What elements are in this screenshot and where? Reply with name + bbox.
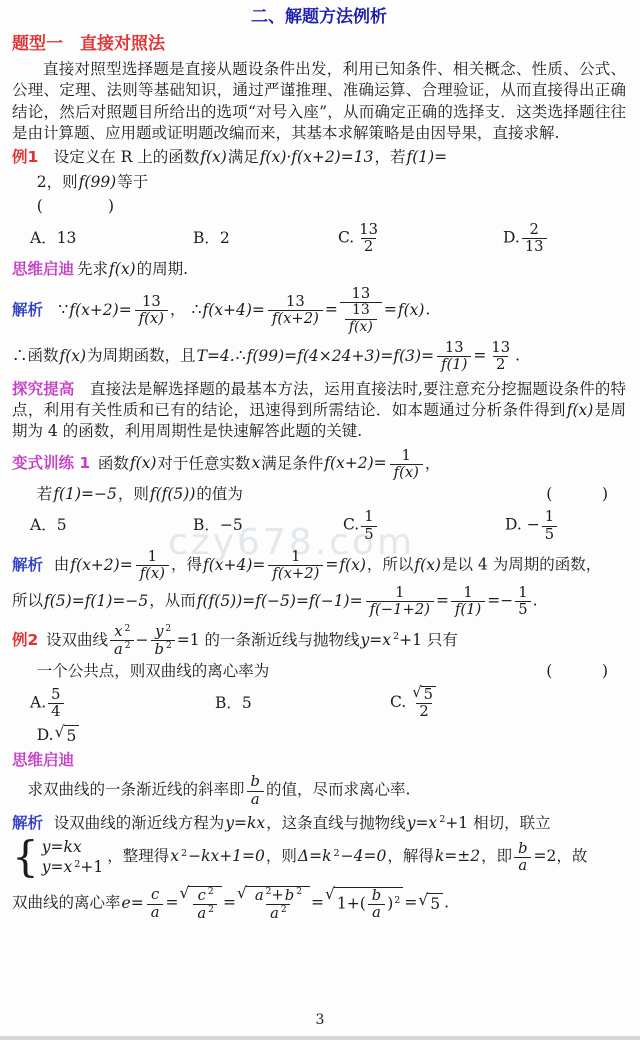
option-B: B．5 bbox=[215, 693, 390, 714]
math-expression: f(x+4)= bbox=[202, 301, 266, 319]
text: 设定义在 R 上的函数 bbox=[54, 148, 200, 166]
math-expression: a bbox=[113, 641, 124, 658]
fraction: 54 bbox=[48, 687, 63, 720]
document-body: 二、解题方法例析题型一 直接对照法直接对照型选择题是直接从题设条件出发，利用已知… bbox=[0, 0, 640, 922]
example1-stem: 例1设定义在 R 上的函数f(x)满足f(x)·f(x+2)=13，若f(1)= bbox=[12, 147, 626, 168]
text: ) bbox=[602, 662, 608, 680]
numerator: x2 bbox=[110, 624, 133, 641]
superscript: 2 bbox=[165, 624, 171, 634]
denominator: f(1) bbox=[451, 601, 485, 618]
example1-stem2: 2，则f(99)等于 bbox=[12, 172, 626, 193]
denominator: 2 bbox=[416, 703, 431, 720]
text: A. bbox=[30, 693, 46, 711]
answer-blank: () bbox=[546, 484, 608, 505]
text: 若 bbox=[37, 485, 53, 503]
numerator: 13 bbox=[488, 340, 513, 356]
text: ∴函数 bbox=[12, 347, 59, 365]
fraction: a2+b2a2 bbox=[251, 887, 305, 921]
text: 2 bbox=[529, 221, 538, 238]
numerator: 5 bbox=[48, 687, 63, 703]
radicand: 1+(ba)2 bbox=[334, 887, 404, 921]
numerator: b bbox=[514, 841, 531, 857]
fraction: 13f(x) bbox=[345, 303, 377, 335]
text: B．−5 bbox=[193, 516, 243, 534]
denominator: 13 bbox=[522, 238, 547, 255]
text: +1 相切，联立 bbox=[445, 814, 550, 832]
radicand: 5 bbox=[64, 725, 80, 747]
text: ，若 bbox=[374, 148, 405, 166]
denominator: f(x) bbox=[345, 319, 377, 335]
intro-paragraph: 直接对照型选择题是直接从题设条件出发，利用已知条件、相关概念、性质、公式、公理、… bbox=[12, 59, 626, 145]
math-expression: f(99) bbox=[78, 173, 118, 191]
numerator: 13 bbox=[348, 286, 373, 302]
text: 设双曲线 bbox=[46, 631, 108, 649]
text: 直接对照型选择题是直接从题设条件出发，利用已知条件、相关概念、性质、公式、公理、… bbox=[12, 60, 626, 142]
jiexi1-line2: ∴函数f(x)为周期函数，且T=4.∴f(99)=f(4×24+3)=f(3)=… bbox=[12, 340, 626, 373]
denominator: a bbox=[247, 791, 264, 808]
siwei2-text: 求双曲线的一条渐近线的斜率即ba的值，尽而求离心率. bbox=[12, 774, 626, 807]
denominator: 4 bbox=[48, 703, 63, 720]
math-expression: y=x bbox=[41, 858, 74, 876]
math-expression: f(x) bbox=[393, 464, 420, 481]
option-B: B．2 bbox=[193, 228, 338, 249]
denominator: 5 bbox=[361, 526, 376, 543]
bianshi1-stem: 变式训练 1函数f(x)对于任意实数x满足条件f(x+2)=1f(x)， bbox=[12, 448, 626, 481]
superscript: 2 bbox=[334, 848, 340, 859]
text: ，得 bbox=[171, 556, 202, 574]
math-expression: f(x) bbox=[397, 301, 426, 319]
text: 题型一 直接对照法 bbox=[12, 34, 165, 54]
text: =1 的一条渐近线与抛物线 bbox=[177, 631, 360, 649]
fraction: ba bbox=[247, 774, 264, 807]
text: 所以 bbox=[12, 592, 43, 610]
denominator: f(x) bbox=[390, 464, 423, 481]
text: ，则 bbox=[118, 485, 149, 503]
label-red: 例1 bbox=[12, 148, 38, 166]
text: 函数 bbox=[98, 454, 129, 472]
doc-title: 二、解题方法例析 bbox=[12, 6, 626, 29]
example2-optionD: D.√5 bbox=[12, 725, 626, 747]
text: =2，故 bbox=[534, 847, 588, 865]
numerator: 13 bbox=[349, 303, 373, 318]
denominator: a2 bbox=[266, 904, 290, 922]
math-expression: f(x)·f(x+2)=13 bbox=[259, 148, 375, 166]
text: 双曲线的离心率 bbox=[12, 894, 121, 912]
denominator: a bbox=[147, 904, 164, 921]
text: 是以 4 为周期的函数， bbox=[442, 556, 601, 574]
text: 直接法是解选择题的最基本方法，运用直接法时,要注意充分挖掘题设条件的特点，利用有… bbox=[12, 380, 626, 419]
text: ) bbox=[108, 197, 114, 215]
math-expression: f(x+4)= bbox=[202, 556, 266, 574]
text: C. bbox=[343, 516, 359, 534]
text: ( bbox=[546, 485, 552, 503]
denominator: f(1) bbox=[437, 356, 471, 373]
math-expression: b bbox=[371, 887, 382, 904]
text: 5 bbox=[545, 526, 554, 543]
label-magenta: 探究提高 bbox=[12, 380, 74, 398]
numerator: 13 bbox=[442, 340, 467, 356]
text: 的周期. bbox=[137, 260, 188, 278]
text: ，所以 bbox=[367, 556, 414, 574]
text: 一个公共点，则双曲线的离心率为 bbox=[37, 662, 270, 680]
square-root: √5 bbox=[418, 893, 443, 915]
text: 13 bbox=[351, 285, 370, 302]
superscript: 2 bbox=[125, 641, 131, 651]
fraction: 1f(−1+2) bbox=[366, 585, 434, 618]
text: − bbox=[136, 631, 149, 649]
fraction: 15 bbox=[515, 585, 530, 618]
math-expression: c bbox=[197, 887, 207, 904]
text: = bbox=[436, 592, 449, 610]
text: 5 bbox=[430, 895, 440, 913]
text: 1 bbox=[148, 548, 157, 565]
text: ，即 bbox=[481, 847, 512, 865]
tanjiu-tigao: 探究提高直接法是解选择题的最基本方法，运用直接法时,要注意充分挖掘题设条件的特点… bbox=[12, 379, 626, 443]
label-magenta: 思维启迪 bbox=[12, 260, 74, 278]
text: ( bbox=[37, 197, 43, 215]
math-expression: a bbox=[269, 905, 280, 922]
denominator: a bbox=[514, 857, 531, 874]
fraction: 1f(x) bbox=[136, 549, 169, 582]
numerator: 1 bbox=[515, 585, 530, 601]
numerator: 1 bbox=[399, 448, 414, 464]
math-expression: y bbox=[154, 623, 164, 640]
math-expression: f(x+2)= bbox=[323, 454, 387, 472]
superscript: 2 bbox=[208, 887, 214, 897]
square-root: √1+(ba)2 bbox=[325, 887, 403, 921]
text: = bbox=[311, 894, 324, 912]
example1-answer-blank: () bbox=[12, 196, 626, 217]
math-expression: f(x) bbox=[59, 347, 88, 365]
text: 2，则 bbox=[37, 173, 78, 191]
numerator: a2+b2 bbox=[251, 887, 305, 904]
text: A．5 bbox=[30, 516, 67, 534]
superscript: 2 bbox=[208, 905, 214, 915]
numerator: c2 bbox=[194, 887, 217, 904]
siwei-qidi-1: 思维启迪先求f(x)的周期. bbox=[12, 259, 626, 280]
text: 1 bbox=[463, 584, 472, 601]
math-expression: f(x) bbox=[338, 556, 367, 574]
math-expression: f(x) bbox=[566, 401, 595, 419]
example2-options: A.54B．5C.√52 bbox=[12, 686, 626, 720]
fraction: 213 bbox=[522, 222, 547, 255]
text: ( bbox=[546, 662, 552, 680]
text: 1 bbox=[518, 584, 527, 601]
math-expression: y=kx bbox=[224, 814, 266, 832]
numerator: 13 bbox=[283, 294, 308, 310]
numerator: b bbox=[368, 888, 385, 904]
math-expression: b bbox=[250, 773, 261, 790]
math-expression: y=x bbox=[360, 631, 393, 649]
denominator: 5 bbox=[542, 526, 557, 543]
jiexi2-line2: 所以f(5)=f(1)=−5，从而f(f(5))=f(−5)=f(−1)=1f(… bbox=[12, 585, 626, 618]
math-expression: Δ=k bbox=[297, 847, 333, 865]
example2-stem: 例2设双曲线x2a2−y2b2=1 的一条渐近线与抛物线y=x2+1 只有 bbox=[12, 624, 626, 658]
text: 13 bbox=[352, 302, 370, 318]
numerator: 1 bbox=[288, 549, 303, 565]
math-expression: f(−1+2) bbox=[369, 601, 431, 618]
section-heading: 题型一 直接对照法 bbox=[12, 33, 626, 56]
option-A: A．5 bbox=[30, 515, 193, 536]
text: 设双曲线的渐近线方程为 bbox=[54, 814, 225, 832]
label-magenta: 思维启迪 bbox=[12, 751, 74, 769]
text: 2 bbox=[496, 356, 505, 373]
text: . bbox=[425, 301, 430, 319]
text: 13 bbox=[445, 339, 464, 356]
fraction: ca bbox=[147, 887, 164, 920]
math-expression: −4=0 bbox=[340, 847, 388, 865]
denominator: 5 bbox=[515, 601, 530, 618]
math-expression: a bbox=[254, 887, 265, 904]
equation-system: y=kxy=x2+1 bbox=[12, 837, 103, 877]
superscript: 2 bbox=[281, 905, 287, 915]
math-expression: x bbox=[113, 623, 123, 640]
label-magenta: 变式训练 1 bbox=[12, 454, 90, 472]
option-C: C.√52 bbox=[390, 686, 626, 720]
siwei-qidi-2: 思维启迪 bbox=[12, 750, 626, 771]
math-expression: b bbox=[517, 840, 528, 857]
text: ， bbox=[425, 454, 441, 472]
math-expression: f(f(5))=f(−5)=f(−1)= bbox=[196, 592, 364, 610]
text: =− bbox=[487, 592, 513, 610]
superscript: 2 bbox=[296, 887, 302, 897]
text: 1 bbox=[545, 508, 554, 525]
fraction: √52 bbox=[408, 686, 440, 720]
text: ) bbox=[602, 485, 608, 503]
text: ∴ bbox=[236, 347, 246, 365]
math-expression: f(99)=f(4×24+3)=f(3)= bbox=[246, 347, 435, 365]
text: ，整理得 bbox=[107, 847, 169, 865]
example1-options: A．13B．2C.132D.213 bbox=[12, 222, 626, 255]
text: ∴ bbox=[192, 301, 202, 319]
option-C: C.15 bbox=[343, 509, 505, 542]
answer-blank: () bbox=[546, 661, 608, 682]
math-expression: f(x) bbox=[199, 148, 228, 166]
fraction: ba bbox=[514, 841, 531, 874]
text: 1 bbox=[395, 584, 404, 601]
scan-edge-bar bbox=[0, 1036, 640, 1040]
label-blue: 解析 bbox=[12, 814, 43, 832]
option-C: C.132 bbox=[338, 222, 503, 255]
numerator: 2 bbox=[526, 222, 541, 238]
text: 13 bbox=[525, 238, 544, 255]
text: 等于 bbox=[117, 173, 148, 191]
text: 5 bbox=[424, 686, 433, 703]
numerator: y2 bbox=[151, 624, 174, 641]
fraction: 15 bbox=[542, 509, 557, 542]
fraction: 1f(1) bbox=[451, 585, 485, 618]
denominator: f(−1+2) bbox=[366, 601, 434, 618]
text: B．5 bbox=[215, 694, 252, 712]
radicand: 5 bbox=[421, 686, 436, 703]
text: 1 bbox=[402, 447, 411, 464]
fraction: 13f(x) bbox=[135, 294, 168, 327]
numerator: √5 bbox=[408, 686, 440, 703]
text: . bbox=[533, 592, 538, 610]
label-blue: 解析 bbox=[12, 556, 43, 574]
text: = bbox=[325, 301, 338, 319]
label-blue: 解析 bbox=[12, 301, 43, 319]
text: 1 bbox=[291, 548, 300, 565]
text: 13 bbox=[359, 221, 378, 238]
option-A: A．13 bbox=[30, 228, 193, 249]
numerator: 1 bbox=[392, 585, 407, 601]
fraction: 13f(1) bbox=[437, 340, 471, 373]
fraction: 15 bbox=[361, 509, 376, 542]
denominator: a bbox=[368, 904, 385, 921]
text: 对于任意实数 bbox=[157, 454, 250, 472]
numerator: 1 bbox=[361, 509, 376, 525]
math-expression: b bbox=[154, 641, 165, 658]
jiexi2-line1: 解析由f(x+2)=1f(x)，得f(x+4)=1f(x+2)=f(x)，所以f… bbox=[12, 549, 626, 582]
text: = bbox=[473, 347, 486, 365]
text: 满足条件 bbox=[261, 454, 323, 472]
text: 由 bbox=[54, 556, 70, 574]
text: C. bbox=[338, 228, 354, 246]
math-expression: f(x) bbox=[139, 565, 166, 582]
math-expression: f(5)=f(1)=−5 bbox=[43, 592, 149, 610]
text: 13 bbox=[491, 339, 510, 356]
text: + bbox=[271, 887, 283, 904]
text: D. bbox=[503, 228, 520, 246]
numerator: 1 bbox=[542, 509, 557, 525]
math-expression: f(1) bbox=[454, 601, 482, 618]
denominator: a2 bbox=[110, 640, 134, 658]
text: C. bbox=[390, 693, 406, 711]
math-expression: f(x) bbox=[108, 260, 137, 278]
text: 的值，尽而求离心率. bbox=[266, 781, 410, 799]
example2-stem2: ()一个公共点，则双曲线的离心率为 bbox=[12, 661, 626, 682]
label-red: 例2 bbox=[12, 631, 38, 649]
text: = bbox=[384, 301, 397, 319]
equation-rows: y=kxy=x2+1 bbox=[41, 837, 103, 877]
text: 2 bbox=[364, 238, 373, 255]
math-expression: a bbox=[196, 905, 207, 922]
text: 4 bbox=[51, 703, 60, 720]
math-expression: y=kx bbox=[41, 838, 83, 856]
document-page: { "page": { "watermark": "czy678.com", "… bbox=[0, 0, 640, 1040]
numerator: 1 bbox=[145, 549, 160, 565]
text: . bbox=[515, 347, 520, 365]
text: ，解得 bbox=[387, 847, 434, 865]
fraction: c2a2 bbox=[193, 887, 217, 921]
math-expression: f(x+2) bbox=[271, 310, 320, 327]
math-expression: f(x) bbox=[138, 310, 165, 327]
math-expression: x bbox=[250, 454, 261, 472]
text: 5 bbox=[364, 526, 373, 543]
text: 为周期函数，且 bbox=[87, 347, 196, 365]
jiexi3-line1: 解析设双曲线的渐近线方程为y=kx，这条直线与抛物线y=x2+1 相切，联立 bbox=[12, 813, 626, 834]
fraction: x2a2 bbox=[110, 624, 134, 658]
text: 13 bbox=[286, 293, 305, 310]
text: ∵ bbox=[58, 301, 68, 319]
radicand: c2a2 bbox=[188, 886, 222, 921]
fraction: 13f(x+2) bbox=[268, 294, 323, 327]
math-expression: k=±2 bbox=[434, 847, 481, 865]
math-expression: f(1)= bbox=[405, 148, 448, 166]
numerator: 1 bbox=[460, 585, 475, 601]
radicand: 5 bbox=[427, 893, 443, 915]
option-D: D. −15 bbox=[505, 509, 626, 542]
denominator: f(x+2) bbox=[268, 310, 323, 327]
jiexi3-line2: y=kxy=x2+1，整理得x2−kx+1=0，则Δ=k2−4=0，解得k=±2… bbox=[12, 837, 626, 877]
denominator: f(x+2) bbox=[268, 565, 323, 582]
text: ，则 bbox=[266, 847, 297, 865]
math-expression: f(x+2) bbox=[271, 565, 320, 582]
equation-row: y=kx bbox=[41, 837, 103, 857]
numerator: b bbox=[247, 774, 264, 790]
numerator: 13 bbox=[139, 294, 164, 310]
denominator: 13f(x) bbox=[340, 302, 382, 335]
superscript: 2 bbox=[166, 641, 172, 651]
text: 13 bbox=[142, 293, 161, 310]
text: +1 只有 bbox=[399, 631, 458, 649]
jiexi1-line1: 解析∵f(x+2)=13f(x)，∴f(x+4)=13f(x+2)=1313f(… bbox=[12, 286, 626, 335]
square-root: √c2a2 bbox=[179, 886, 221, 921]
text: 1 bbox=[364, 508, 373, 525]
text: +1 bbox=[80, 858, 103, 876]
text: 5 bbox=[518, 601, 527, 618]
fraction: y2b2 bbox=[151, 624, 175, 658]
fraction: ba bbox=[368, 888, 385, 921]
text: = bbox=[404, 894, 417, 912]
square-root: √a2+b2a2 bbox=[237, 886, 310, 921]
math-expression: a bbox=[250, 791, 261, 808]
math-expression: a bbox=[517, 857, 528, 874]
math-expression: e= bbox=[121, 894, 145, 912]
fraction: 132 bbox=[488, 340, 513, 373]
text: ，这条直线与抛物线 bbox=[266, 814, 406, 832]
math-expression: f(f(5)) bbox=[149, 485, 197, 503]
denominator: 2 bbox=[361, 238, 376, 255]
text: = bbox=[325, 556, 338, 574]
jiexi3-line3: 双曲线的离心率e=ca=√c2a2=√a2+b2a2=√1+(ba)2=√5. bbox=[12, 886, 626, 921]
text: 满足 bbox=[228, 148, 259, 166]
fraction: 1313f(x) bbox=[340, 286, 382, 335]
text: 二、解题方法例析 bbox=[251, 7, 387, 27]
text: 的值为 bbox=[196, 485, 243, 503]
text: D. − bbox=[505, 516, 540, 534]
denominator: f(x) bbox=[136, 565, 169, 582]
bianshi1-options: A．5B．−5C.15D. −15 bbox=[12, 509, 626, 542]
text: 2 bbox=[419, 703, 428, 720]
text: 先求 bbox=[77, 260, 108, 278]
text: = bbox=[165, 894, 178, 912]
text: = bbox=[223, 894, 236, 912]
math-expression: c bbox=[150, 886, 160, 903]
numerator: c bbox=[147, 887, 163, 903]
text: ，从而 bbox=[149, 592, 196, 610]
bianshi1-stem2: ()若f(1)=−5，则f(f(5))的值为 bbox=[12, 484, 626, 505]
text: 1+( bbox=[337, 895, 366, 913]
denominator: a2 bbox=[193, 904, 217, 922]
page-number: 3 bbox=[0, 1011, 640, 1030]
superscript: 2 bbox=[125, 624, 131, 634]
text: . bbox=[444, 894, 449, 912]
denominator: f(x) bbox=[135, 310, 168, 327]
square-root: √5 bbox=[55, 725, 80, 747]
text: ， bbox=[170, 301, 186, 319]
option-B: B．−5 bbox=[193, 515, 343, 536]
math-expression: f(1)=−5 bbox=[52, 485, 118, 503]
math-expression: f(1) bbox=[440, 356, 468, 373]
equation-row: y=x2+1 bbox=[41, 857, 103, 877]
math-expression: f(x+2)= bbox=[68, 301, 132, 319]
math-expression: y=x bbox=[406, 814, 439, 832]
fraction: 1f(x+2) bbox=[268, 549, 323, 582]
text: ) bbox=[387, 895, 393, 913]
denominator: b2 bbox=[151, 640, 175, 658]
